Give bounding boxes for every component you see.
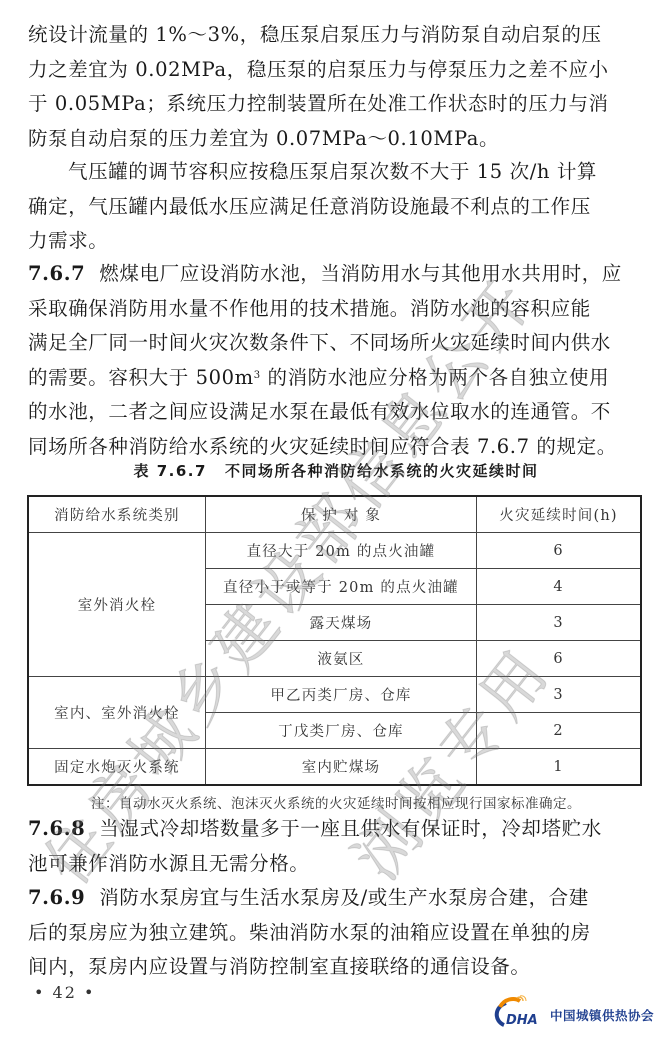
object-cell: 露天煤场 (205, 605, 476, 641)
table-row: 固定水炮灭火系统 室内贮煤场 1 (28, 749, 641, 786)
association-logo: DHA 中国城镇供热协会 (490, 995, 670, 1031)
table-number: 表 7.6.7 (134, 462, 207, 480)
text-line: 的消防水池应分格为两个各自独立使用 (261, 366, 610, 389)
text-line: 于 0.05MPa；系统压力控制装置所在处准工作状态时的压力与消 (28, 87, 644, 122)
text-line: 统设计流量的 1%～3%，稳压泵启泵压力与消防泵自动启泵的压 (28, 18, 644, 53)
table-title: 不同场所各种消防给水系统的火灾延续时间 (225, 462, 539, 480)
object-cell: 直径大于 20m 的点火油罐 (205, 533, 476, 569)
paragraph-pressure-tank: 气压罐的调节容积应按稳压泵启泵次数不大于 15 次/h 计算 确定，气压罐内最低… (28, 155, 644, 259)
table-header-row: 消防给水系统类别 保 护 对 象 火灾延续时间(h) (28, 496, 641, 533)
table-note: 注：自动水灭火系统、泡沫灭火系统的火灾延续时间按相应现行国家标准确定。 (0, 792, 672, 812)
clause-number: 7.6.7 (28, 262, 85, 285)
hours-cell: 4 (477, 569, 641, 605)
paragraph-pressure-settings: 统设计流量的 1%～3%，稳压泵启泵压力与消防泵自动启泵的压 力之差宜为 0.0… (28, 18, 644, 156)
header-system-category: 消防给水系统类别 (28, 496, 205, 533)
clause-number: 7.6.8 (28, 817, 85, 840)
cdha-logo-icon: DHA (490, 995, 550, 1031)
header-protected-object: 保 护 对 象 (205, 496, 476, 533)
category-cell: 室外消火栓 (28, 533, 205, 677)
table-row: 室外消火栓 直径大于 20m 的点火油罐 6 (28, 533, 641, 569)
superscript: 3 (254, 370, 261, 381)
page-number: • 42 • (34, 983, 95, 1002)
logo-text: 中国城镇供热协会 (550, 1006, 654, 1024)
fire-duration-table: 消防给水系统类别 保 护 对 象 火灾延续时间(h) 室外消火栓 直径大于 20… (27, 495, 642, 786)
document-page: 统设计流量的 1%～3%，稳压泵启泵压力与消防泵自动启泵的压 力之差宜为 0.0… (0, 0, 672, 1042)
table-caption: 表 7.6.7不同场所各种消防给水系统的火灾延续时间 (0, 460, 672, 481)
text-line: 力需求。 (28, 224, 644, 259)
clause-number: 7.6.9 (28, 886, 85, 909)
hours-cell: 1 (477, 749, 641, 786)
text-line: 后的泵房应为独立建筑。柴油消防水泵的油箱应设置在单独的房 (28, 916, 644, 951)
header-fire-duration: 火灾延续时间(h) (477, 496, 641, 533)
text-line: 当湿式冷却塔数量多于一座且供水有保证时，冷却塔贮水 (99, 817, 602, 840)
hours-cell: 3 (477, 605, 641, 641)
object-cell: 室内贮煤场 (205, 749, 476, 786)
object-cell: 直径小于或等于 20m 的点火油罐 (205, 569, 476, 605)
hours-cell: 3 (477, 677, 641, 713)
hours-cell: 2 (477, 713, 641, 749)
category-cell: 室内、室外消火栓 (28, 677, 205, 749)
clause-7-6-7: 7.6.7燃煤电厂应设消防水池，当消防用水与其他用水共用时，应 采取确保消防用水… (28, 257, 644, 464)
svg-text:DHA: DHA (506, 1013, 538, 1028)
object-cell: 甲乙丙类厂房、仓库 (205, 677, 476, 713)
text-line: 气压罐的调节容积应按稳压泵启泵次数不大于 15 次/h 计算 (28, 155, 644, 190)
text-line: 防泵自动启泵的压力差宜为 0.07MPa～0.10MPa。 (28, 122, 644, 157)
text-line: 同场所各种消防给水系统的火灾延续时间应符合表 7.6.7 的规定。 (28, 430, 644, 465)
text-line: 力之差宜为 0.02MPa，稳压泵的启泵压力与停泵压力之差不应小 (28, 53, 644, 88)
object-cell: 丁戊类厂房、仓库 (205, 713, 476, 749)
clause-7-6-9: 7.6.9消防水泵房宜与生活水泵房及/或生产水泵房合建，合建 后的泵房应为独立建… (28, 881, 644, 985)
clause-7-6-8: 7.6.8当湿式冷却塔数量多于一座且供水有保证时，冷却塔贮水 池可兼作消防水源且… (28, 812, 644, 881)
table-row: 室内、室外消火栓 甲乙丙类厂房、仓库 3 (28, 677, 641, 713)
text-line: 的水池，二者之间应设满足水泵在最低有效水位取水的连通管。不 (28, 395, 644, 430)
text-line: 间内，泵房内应设置与消防控制室直接联络的通信设备。 (28, 950, 644, 985)
category-cell: 固定水炮灭火系统 (28, 749, 205, 786)
text-line: 消防水泵房宜与生活水泵房及/或生产水泵房合建，合建 (99, 886, 589, 909)
text-line: 满足全厂同一时间火灾次数条件下、不同场所火灾延续时间内供水 (28, 326, 644, 361)
text-line: 燃煤电厂应设消防水池，当消防用水与其他用水共用时，应 (99, 262, 622, 285)
hours-cell: 6 (477, 641, 641, 677)
text-line: 池可兼作消防水源且无需分格。 (28, 847, 644, 882)
text-line: 确定，气压罐内最低水压应满足任意消防设施最不利点的工作压 (28, 190, 644, 225)
text-line: 的需要。容积大于 500m (28, 366, 254, 389)
text-line: 采取确保消防用水量不作他用的技术措施。消防水池的容积应能 (28, 292, 644, 327)
hours-cell: 6 (477, 533, 641, 569)
object-cell: 液氨区 (205, 641, 476, 677)
